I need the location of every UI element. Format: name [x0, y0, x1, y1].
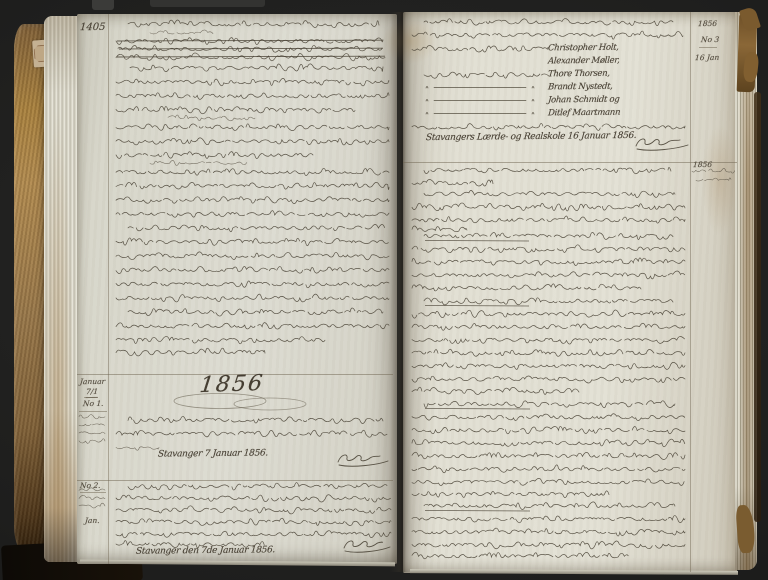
strike-through [117, 56, 385, 57]
handwriting-line [116, 263, 390, 277]
handwriting-line [412, 307, 686, 321]
handwriting-line [412, 268, 686, 282]
deponent-name: Christopher Holt, [548, 43, 619, 54]
handwriting-line [116, 249, 390, 263]
handwriting-line [424, 294, 674, 308]
handwriting-line [79, 434, 106, 448]
handwriting-line [412, 28, 684, 42]
handwriting-line [116, 319, 390, 333]
signature-flourish [634, 137, 690, 151]
left-page-edges [44, 16, 78, 562]
handwriting-line [116, 120, 390, 134]
background-object [92, 0, 114, 10]
handwriting-line [116, 165, 390, 179]
handwriting-line [412, 549, 630, 563]
name-underline [425, 306, 529, 307]
handwriting-line [412, 333, 686, 347]
page-bottom-edge [410, 569, 738, 575]
deponent-name: Brandt Nystedt, [548, 82, 613, 93]
handwriting-line [116, 179, 390, 193]
handwriting-line [116, 89, 390, 103]
handwriting-line [116, 193, 390, 207]
margin-note-number: No 3 [701, 35, 720, 44]
handwriting-line [412, 255, 686, 269]
margin-note-day: 7/1 [86, 387, 99, 398]
handwriting-line [424, 229, 674, 243]
handwriting-line [412, 359, 686, 373]
cover-edge-right [754, 92, 761, 522]
handwriting-line [116, 134, 390, 148]
margin-note-date: Jan. [85, 516, 100, 525]
gutter-shadow [390, 12, 412, 572]
handwriting-line [424, 397, 676, 411]
handwriting-line [116, 235, 390, 249]
page-number: 1405 [80, 22, 106, 33]
handwriting-line [412, 449, 686, 463]
margin-rule [108, 14, 109, 564]
signature-flourish [336, 453, 390, 467]
strike-through [117, 40, 383, 41]
signature-flourish [342, 539, 392, 553]
handwriting-line [424, 107, 540, 121]
name-underline [425, 241, 529, 242]
book-cover-left [14, 24, 48, 556]
handwriting-line [116, 441, 160, 455]
margin-note-year: 1856 [698, 19, 718, 28]
handwriting-line [116, 75, 390, 89]
handwriting-line [412, 242, 686, 256]
name-underline [425, 409, 530, 410]
margin-rule [690, 12, 691, 572]
handwriting-line [412, 42, 550, 56]
handwriting-line [424, 15, 674, 29]
handwriting-line [412, 346, 686, 360]
margin-note-number: No 1. [83, 399, 104, 408]
handwriting-line [130, 61, 384, 75]
handwriting-line [116, 427, 388, 441]
book-photo: 1405 1856 Stavanger 7 Januar 1856. Stava… [0, 0, 768, 580]
handwriting-line [412, 512, 686, 526]
handwriting-line [424, 499, 676, 513]
handwriting-line [116, 291, 390, 305]
handwriting-line [116, 277, 390, 291]
handwriting-line [424, 163, 672, 177]
margin-note-date: 16 Jan [695, 53, 720, 62]
handwriting-line [412, 525, 686, 539]
entry-divider-rule [699, 47, 717, 48]
handwriting-line [412, 384, 580, 398]
handwriting-line [412, 436, 686, 450]
margin-note-year: 1856 [693, 160, 713, 169]
dateline: Stavanger 7 Januar 1856. [158, 448, 269, 459]
handwriting-line [412, 200, 686, 214]
deponent-name: Ditlef Maartmann [548, 108, 621, 119]
handwriting-line [128, 305, 384, 319]
handwriting-line [79, 499, 106, 513]
handwriting-line [116, 207, 390, 221]
deponent-name: Johan Schmidt og [548, 95, 620, 106]
handwriting-line [128, 221, 386, 235]
handwriting-line [412, 423, 686, 437]
handwriting-line [412, 462, 686, 476]
handwriting-line [424, 94, 540, 108]
handwriting-line [116, 345, 266, 359]
ink-flourish [172, 392, 312, 416]
handwriting-line [412, 410, 686, 424]
handwriting-line [412, 320, 686, 334]
name-underline [425, 511, 530, 512]
handwriting-line [424, 187, 676, 201]
handwriting-line [424, 81, 540, 95]
background-object [150, 0, 265, 7]
handwriting-line [412, 281, 642, 295]
margin-note-month: Januar [80, 377, 106, 386]
deponent-name: Alexander Møller, [548, 56, 620, 67]
handwriting-line [424, 68, 550, 82]
deponent-name: Thore Thorsen, [548, 69, 611, 80]
handwriting-line [696, 173, 732, 187]
margin-note-number: No 2. [80, 481, 101, 490]
strike-through [119, 48, 383, 49]
dateline: Stavanger den 7de Januar 1856. [136, 545, 276, 556]
